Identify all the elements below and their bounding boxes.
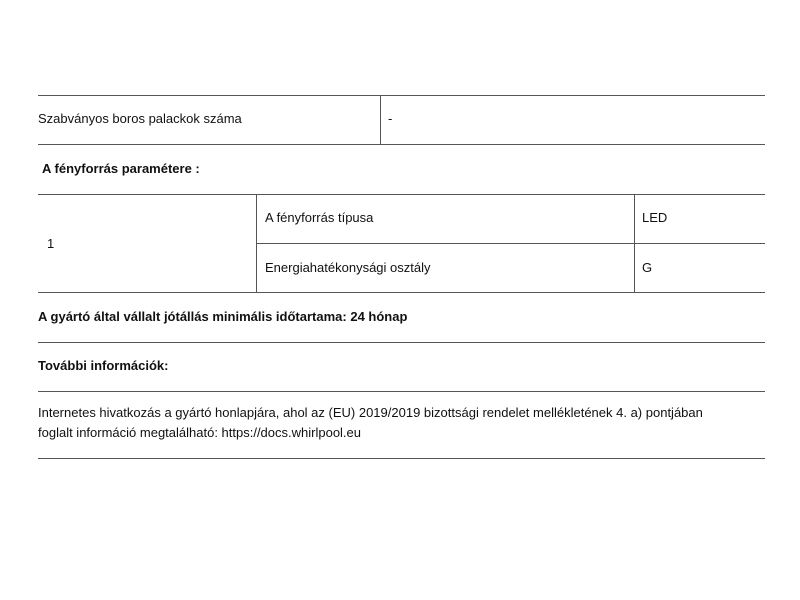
energy-class-label: Energiahatékonysági osztály bbox=[265, 260, 431, 276]
divider bbox=[38, 458, 765, 459]
additional-info-heading: További információk: bbox=[38, 358, 169, 374]
energy-class-value: G bbox=[642, 260, 652, 276]
divider bbox=[38, 144, 765, 145]
wine-bottles-value: - bbox=[388, 111, 392, 127]
light-source-type-value: LED bbox=[642, 210, 667, 226]
wine-bottles-label: Szabványos boros palackok száma bbox=[38, 111, 242, 127]
divider bbox=[38, 342, 765, 343]
divider bbox=[38, 194, 765, 195]
light-source-type-label: A fényforrás típusa bbox=[265, 210, 373, 226]
weblink-paragraph: Internetes hivatkozás a gyártó honlapjár… bbox=[38, 403, 765, 443]
column-divider bbox=[634, 194, 635, 292]
light-source-heading: A fényforrás paramétere : bbox=[42, 161, 200, 177]
weblink-line-1: Internetes hivatkozás a gyártó honlapjár… bbox=[38, 403, 765, 423]
divider bbox=[38, 292, 765, 293]
divider bbox=[256, 243, 765, 244]
weblink-line-2: foglalt információ megtalálható: https:/… bbox=[38, 423, 765, 443]
light-source-index: 1 bbox=[47, 236, 54, 252]
column-divider bbox=[256, 194, 257, 292]
divider bbox=[38, 391, 765, 392]
divider bbox=[38, 95, 765, 96]
column-divider bbox=[380, 95, 381, 144]
warranty-text: A gyártó által vállalt jótállás minimáli… bbox=[38, 309, 407, 325]
